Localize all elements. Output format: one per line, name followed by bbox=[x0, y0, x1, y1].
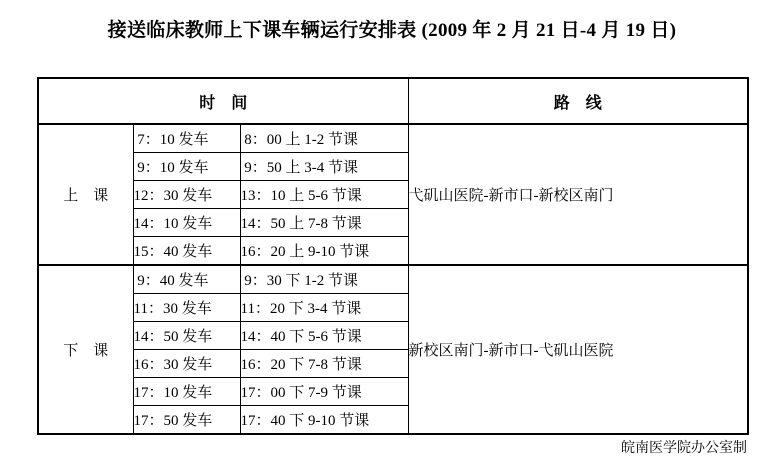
footer-credit: 皖南医学院办公室制 bbox=[621, 437, 747, 457]
header-row: 时 间 路 线 bbox=[38, 78, 748, 124]
depart-cell: 16：30 发车 bbox=[133, 350, 240, 378]
class-cell: 8：00 上 1-2 节课 bbox=[240, 124, 408, 153]
depart-cell: 11：30 发车 bbox=[133, 294, 240, 322]
class-cell: 13：10 上 5-6 节课 bbox=[240, 181, 408, 209]
table-row: 下 课 9：40 发车 9：30 下 1-2 节课 新校区南门-新市口-弋矶山医… bbox=[38, 265, 748, 294]
depart-cell: 12：30 发车 bbox=[133, 181, 240, 209]
class-cell: 14：40 下 5-6 节课 bbox=[240, 322, 408, 350]
class-cell: 9：30 下 1-2 节课 bbox=[240, 265, 408, 294]
time-column-header: 时 间 bbox=[38, 78, 408, 124]
route-cell-shangke: 弋矶山医院-新市口-新校区南门 bbox=[408, 124, 748, 265]
class-cell: 16：20 下 7-8 节课 bbox=[240, 350, 408, 378]
depart-cell: 7：10 发车 bbox=[133, 124, 240, 153]
depart-cell: 9：10 发车 bbox=[133, 153, 240, 181]
section-label-shangke: 上 课 bbox=[38, 124, 133, 265]
section-label-xiake: 下 课 bbox=[38, 265, 133, 434]
depart-cell: 14：50 发车 bbox=[133, 322, 240, 350]
depart-cell: 17：50 发车 bbox=[133, 406, 240, 435]
depart-cell: 15：40 发车 bbox=[133, 237, 240, 266]
depart-cell: 17：10 发车 bbox=[133, 378, 240, 406]
class-cell: 11：20 下 3-4 节课 bbox=[240, 294, 408, 322]
class-cell: 16：20 上 9-10 节课 bbox=[240, 237, 408, 266]
route-cell-xiake: 新校区南门-新市口-弋矶山医院 bbox=[408, 265, 748, 434]
page: 接送临床教师上下课车辆运行安排表 (2009 年 2 月 21 日-4 月 19… bbox=[0, 0, 784, 469]
depart-cell: 9：40 发车 bbox=[133, 265, 240, 294]
schedule-table: 时 间 路 线 上 课 7：10 发车 8：00 上 1-2 节课 弋矶山医院-… bbox=[37, 77, 749, 435]
route-column-header: 路 线 bbox=[408, 78, 748, 124]
table-row: 上 课 7：10 发车 8：00 上 1-2 节课 弋矶山医院-新市口-新校区南… bbox=[38, 124, 748, 153]
class-cell: 17：00 下 7-9 节课 bbox=[240, 378, 408, 406]
page-title: 接送临床教师上下课车辆运行安排表 (2009 年 2 月 21 日-4 月 19… bbox=[0, 15, 784, 42]
depart-cell: 14：10 发车 bbox=[133, 209, 240, 237]
class-cell: 9：50 上 3-4 节课 bbox=[240, 153, 408, 181]
class-cell: 14：50 上 7-8 节课 bbox=[240, 209, 408, 237]
class-cell: 17：40 下 9-10 节课 bbox=[240, 406, 408, 435]
